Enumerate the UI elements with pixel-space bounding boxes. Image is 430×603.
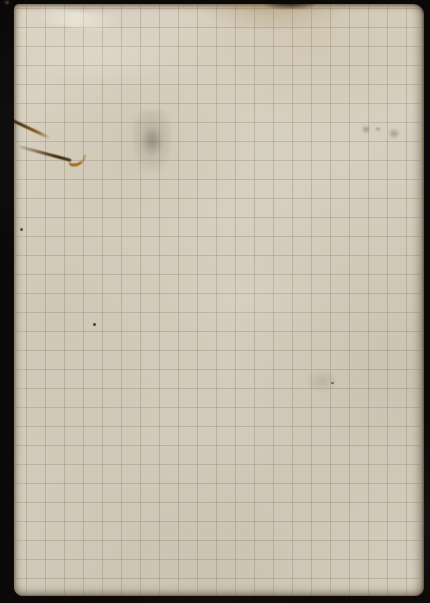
speck: [20, 228, 23, 231]
top-edge-stain: [204, 4, 342, 30]
crease-mark: [25, 4, 138, 35]
speck: [93, 323, 96, 326]
pencil-fleck: [388, 128, 400, 139]
scanner-background: [0, 0, 430, 603]
top-edge-notch: [265, 4, 315, 9]
rust-streak-lower: [19, 145, 72, 162]
rust-streak-upper: [14, 116, 52, 140]
index-card: [14, 4, 424, 596]
pencil-fleck: [361, 125, 371, 134]
pencil-fleck: [375, 127, 381, 131]
speck: [331, 382, 334, 384]
graphite-smudge: [132, 110, 172, 172]
smudge: [306, 369, 338, 393]
rust-streak-hook: [68, 153, 86, 168]
graphite-smudge-core: [141, 126, 163, 156]
border-dust-icon: [4, 0, 10, 5]
